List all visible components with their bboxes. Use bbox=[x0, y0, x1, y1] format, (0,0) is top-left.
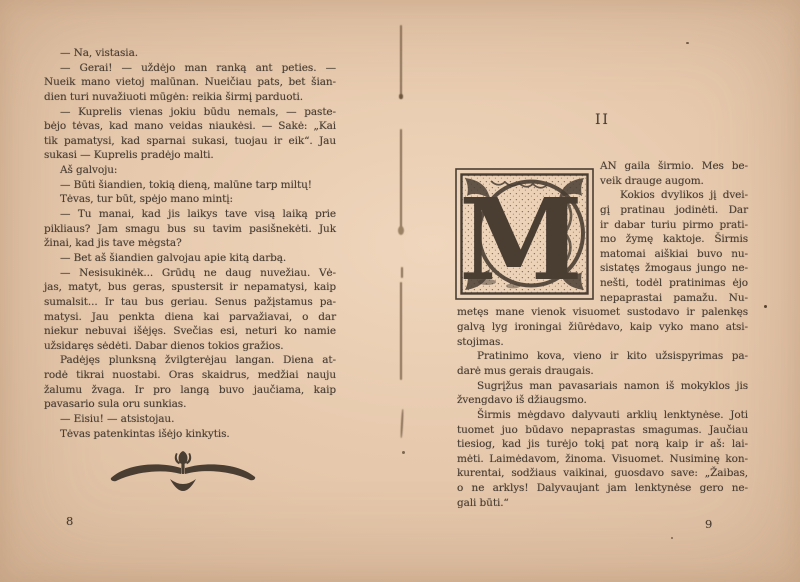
text-line: rodė tikrai nuostabi. Oras skaidrus, med… bbox=[44, 368, 336, 383]
text-line: nepaprastai pamažu. Nu- bbox=[600, 291, 748, 306]
text-line: sukasi — Kuprelis pradėjo malti. bbox=[44, 148, 336, 163]
text-line: mo žymę kaktoje. Širmis bbox=[600, 232, 748, 247]
text-line: — Na, vistasia. bbox=[44, 46, 336, 61]
text-line: — Eisiu! — atsistojau. bbox=[44, 412, 336, 427]
paper-speck bbox=[671, 537, 673, 539]
text-line: Širmis mėgdavo dalyvauti arklių lenktynė… bbox=[457, 408, 748, 423]
text-line: stojimas. bbox=[457, 335, 748, 350]
tulip-ornament-icon bbox=[108, 450, 258, 504]
text-line: žalumu žvaga. Ir pro langą buvo jaučiama… bbox=[44, 383, 336, 398]
text-line: veik drauge augom. bbox=[600, 174, 748, 189]
text-line: gį pratinau jodinėti. Dar bbox=[600, 203, 748, 218]
text-line: Padėjęs plunksną žvilgterėjau langan. Di… bbox=[44, 353, 336, 368]
text-line: pikliaus? Jam smagu bus su tavim pasišne… bbox=[44, 222, 336, 237]
text-line: — Tu manai, kad jis laikys tave visą lai… bbox=[44, 207, 336, 222]
paper-speck bbox=[764, 305, 767, 308]
dropcap-initial-box: M bbox=[455, 168, 594, 300]
text-line: sistatęs žmogaus jungo ne- bbox=[600, 261, 748, 276]
text-line: mėti. Laimėdavom, žinoma. Visuomet. Nusi… bbox=[457, 452, 748, 467]
text-line: Nueik mano vietoj malūnan. Nueičiau pats… bbox=[44, 75, 336, 90]
text-line: tik pamatysi, kad sparnai sukasi, tuojau… bbox=[44, 134, 336, 149]
text-line: — Nesisukinėk... Grūdų ne daug nuvežiau.… bbox=[44, 266, 336, 281]
text-line: nešti, todėl pratinimas ėjo bbox=[600, 276, 748, 291]
text-line: Tėvas, tur būt, spėjo mano mintį: bbox=[44, 192, 336, 207]
book-scan: — Na, vistasia.— Gerai! — uždėjo man ran… bbox=[0, 0, 800, 582]
text-line: — Būti šiandien, tokią dieną, malūne tar… bbox=[44, 178, 336, 193]
page-number-left: 8 bbox=[66, 514, 73, 528]
text-line: dien turi nuvažiuoti mūgėn: reikia širmį… bbox=[44, 90, 336, 105]
text-line: sumalsit... Ir tau bus geriau. Senus paž… bbox=[44, 295, 336, 310]
text-line: Kokios dvylikos jį dvei- bbox=[600, 188, 748, 203]
paper-speck bbox=[402, 451, 405, 454]
text-line: pavasario sula oru sunkias. bbox=[44, 397, 336, 412]
text-line: Pratinimo kova, vieno ir kito užsispyrim… bbox=[457, 349, 748, 364]
text-line: matomai aiškiai buvo nu- bbox=[600, 247, 748, 262]
text-line: bėjo tėvas, kad mano veidas niaukėsi. — … bbox=[44, 119, 336, 134]
text-line: — Bet aš šiandien galvojau apie kitą dar… bbox=[44, 251, 336, 266]
text-line: tuomet juo būdavo nepaprastas smagumas. … bbox=[457, 423, 748, 438]
text-line: žinai, kad jis tave mėgsta? bbox=[44, 236, 336, 251]
text-line: matysi. Jau penkta diena kai parvažiavai… bbox=[44, 310, 336, 325]
text-line: kurentai, sodžiaus vaikinai, guosdavo sa… bbox=[457, 466, 748, 481]
dropcap-letter: M bbox=[459, 175, 583, 300]
text-line: žvengdavo iš džiaugsmo. bbox=[457, 393, 748, 408]
paper-speck bbox=[686, 42, 689, 44]
text-line: Tėvas patenkintas išėjo kinkytis. bbox=[44, 427, 336, 442]
text-line: Sugrįžus man pavasariais namon iš mokykl… bbox=[457, 379, 748, 394]
text-line: niekur nebuvai išėjęs. Svečias esi, netu… bbox=[44, 324, 336, 339]
chapter-heading: II bbox=[457, 112, 748, 128]
text-line: o ne arklys! Dalyvaujant jam lenktynėse … bbox=[457, 481, 748, 496]
text-line: gali būti.“ bbox=[457, 496, 748, 511]
text-line: ir dabar turiu pirmo prati- bbox=[600, 218, 748, 233]
text-line: darė mus gerais draugais. bbox=[457, 364, 748, 379]
text-line: galvą lyg ironingai žiūrėdavo, kaip vyko… bbox=[457, 320, 748, 335]
left-text-block: — Na, vistasia.— Gerai! — uždėjo man ran… bbox=[44, 46, 336, 441]
text-line: — Gerai! — uždėjo man ranką ant peties. … bbox=[44, 61, 336, 76]
text-line: Aš galvoju: bbox=[44, 163, 336, 178]
text-line: metęs mane vienok visuomet sustodavo ir … bbox=[457, 305, 748, 320]
text-line: — Kuprelis vienas jokiu būdu nemals, — p… bbox=[44, 105, 336, 120]
page-number-right: 9 bbox=[705, 517, 712, 531]
text-line: jas, matyt, bus geras, spustersit ir nep… bbox=[44, 280, 336, 295]
text-line: AN gaila širmio. Mes be- bbox=[600, 159, 748, 174]
text-line: užsidaręs sėdėti. Dabar dienos tokios gr… bbox=[44, 339, 336, 354]
text-line: tiesiog, kad jis turėjo tokį pat norą ka… bbox=[457, 437, 748, 452]
